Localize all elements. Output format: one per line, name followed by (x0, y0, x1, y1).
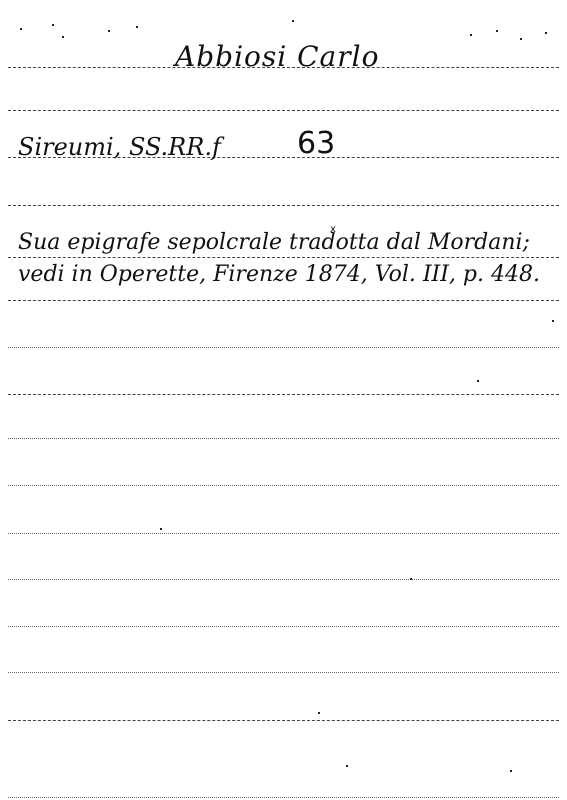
ruled-line (8, 257, 559, 258)
scan-speck (160, 528, 162, 530)
scan-speck (318, 712, 320, 714)
scan-speck (552, 320, 554, 322)
ruled-line (8, 394, 559, 395)
scan-speck (520, 38, 522, 40)
scan-speck (545, 32, 547, 34)
scan-speck (136, 26, 138, 28)
scan-speck (108, 30, 110, 32)
scan-speck (62, 36, 64, 38)
scan-speck (52, 24, 54, 26)
scan-speck (410, 578, 412, 580)
note-line-1: Sua epigrafe sepolcrale tradotta dal Mor… (18, 230, 530, 255)
card-heading-name: Abbiosi Carlo (175, 40, 379, 73)
ruled-line (8, 626, 559, 627)
reference-number: 63 (297, 126, 335, 161)
ruled-line (8, 672, 559, 673)
ruled-line (8, 205, 559, 206)
scan-speck (292, 20, 294, 22)
ruled-line (8, 300, 559, 301)
ruled-line (8, 579, 559, 580)
ruled-line (8, 485, 559, 486)
index-card: Abbiosi Carlo Sireumi, SS.RR.f 63 x Sua … (0, 0, 567, 800)
scan-speck (510, 770, 512, 772)
scan-speck (496, 30, 498, 32)
ruled-line (8, 533, 559, 534)
scan-speck (470, 34, 472, 36)
note-line-2: vedi in Operette, Firenze 1874, Vol. III… (18, 262, 540, 287)
ruled-line (8, 110, 559, 111)
scan-speck (346, 765, 348, 767)
source-reference: Sireumi, SS.RR.f (18, 133, 221, 161)
scan-speck (477, 380, 479, 382)
scan-speck (20, 28, 22, 30)
ruled-line (8, 720, 559, 721)
ruled-line (8, 347, 559, 348)
ruled-line (8, 797, 559, 798)
ruled-line (8, 438, 559, 439)
